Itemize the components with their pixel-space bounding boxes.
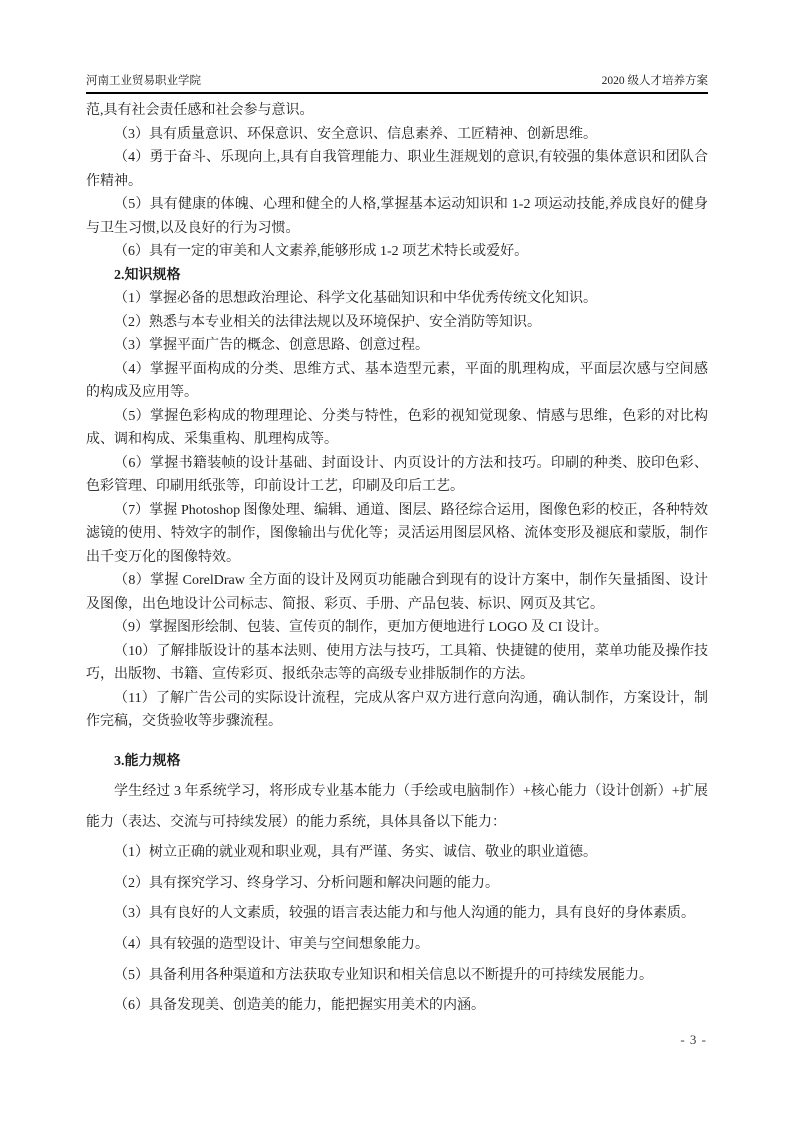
- paragraph: （3）掌握平面广告的概念、创意思路、创意过程。: [86, 334, 708, 358]
- paragraph: （8）掌握 CorelDraw 全方面的设计及网页功能融合到现有的设计方案中，制…: [86, 569, 708, 616]
- paragraph: （2）熟悉与本专业相关的法律法规以及环境保护、安全消防等知识。: [86, 311, 708, 335]
- paragraph: 2.知识规格: [86, 264, 708, 288]
- paragraph: （10）了解排版设计的基本法则、使用方法与技巧，工具箱、快捷键的使用，菜单功能及…: [86, 640, 708, 687]
- paragraph: （3）具有良好的人文素质，较强的语言表达能力和与他人沟通的能力，具有良好的身体素…: [86, 899, 708, 930]
- paragraph: （3）具有质量意识、环保意识、安全意识、信息素养、工匠精神、创新思维。: [86, 123, 708, 147]
- document-page: 河南工业贸易职业学院 2020 级人才培养方案 范,具有社会责任感和社会参与意识…: [0, 0, 793, 1122]
- header-school-name: 河南工业贸易职业学院: [86, 74, 201, 88]
- paragraph: （5）掌握色彩构成的物理理论、分类与特性，色彩的视知觉现象、情感与思维，色彩的对…: [86, 405, 708, 452]
- paragraph: （4）勇于奋斗、乐现向上,具有自我管理能力、职业生涯规划的意识,有较强的集体意识…: [86, 146, 708, 193]
- paragraph: （7）掌握 Photoshop 图像处理、编辑、通道、图层、路径综合运用，图像色…: [86, 499, 708, 570]
- paragraph: （4）掌握平面构成的分类、思维方式、基本造型元素，平面的肌理构成，平面层次感与空…: [86, 358, 708, 405]
- section-ability: 3.能力规格学生经过 3 年系统学习，将形成专业基本能力（手绘或电脑制作）+核心…: [86, 747, 708, 1022]
- paragraph: （5）具有健康的体魄、心理和健全的人格,掌握基本运动知识和 1-2 项运动技能,…: [86, 193, 708, 240]
- paragraph: （4）具有较强的造型设计、审美与空间想象能力。: [86, 930, 708, 961]
- paragraph: （6）掌握书籍装帧的设计基础、封面设计、内页设计的方法和技巧。印刷的种类、胶印色…: [86, 452, 708, 499]
- paragraph: 范,具有社会责任感和社会参与意识。: [86, 99, 708, 123]
- page-number: - 3 -: [680, 1032, 707, 1048]
- paragraph: 3.能力规格: [86, 747, 708, 778]
- page-header: 河南工业贸易职业学院 2020 级人才培养方案: [86, 74, 708, 94]
- paragraph: （1）树立正确的就业观和职业观，具有严谨、务实、诚信、敬业的职业道德。: [86, 838, 708, 869]
- paragraph: （1）掌握必备的思想政治理论、科学文化基础知识和中华优秀传统文化知识。: [86, 287, 708, 311]
- paragraph: （6）具有一定的审美和人文素养,能够形成 1-2 项艺术特长或爱好。: [86, 240, 708, 264]
- section-knowledge: 范,具有社会责任感和社会参与意识。（3）具有质量意识、环保意识、安全意识、信息素…: [86, 99, 708, 734]
- paragraph: （9）掌握图形绘制、包装、宣传页的制作，更加方便地进行 LOGO 及 CI 设计…: [86, 616, 708, 640]
- paragraph: （5）具备利用各种渠道和方法获取专业知识和相关信息以不断提升的可持续发展能力。: [86, 961, 708, 992]
- header-plan-title: 2020 级人才培养方案: [602, 74, 708, 88]
- paragraph: （6）具备发现美、创造美的能力，能把握实用美术的内涵。: [86, 991, 708, 1022]
- paragraph: 学生经过 3 年系统学习，将形成专业基本能力（手绘或电脑制作）+核心能力（设计创…: [86, 777, 708, 838]
- document-body: 范,具有社会责任感和社会参与意识。（3）具有质量意识、环保意识、安全意识、信息素…: [86, 99, 708, 1022]
- paragraph: （11）了解广告公司的实际设计流程，完成从客户双方进行意向沟通，确认制作，方案设…: [86, 687, 708, 734]
- paragraph: （2）具有探究学习、终身学习、分析问题和解决问题的能力。: [86, 869, 708, 900]
